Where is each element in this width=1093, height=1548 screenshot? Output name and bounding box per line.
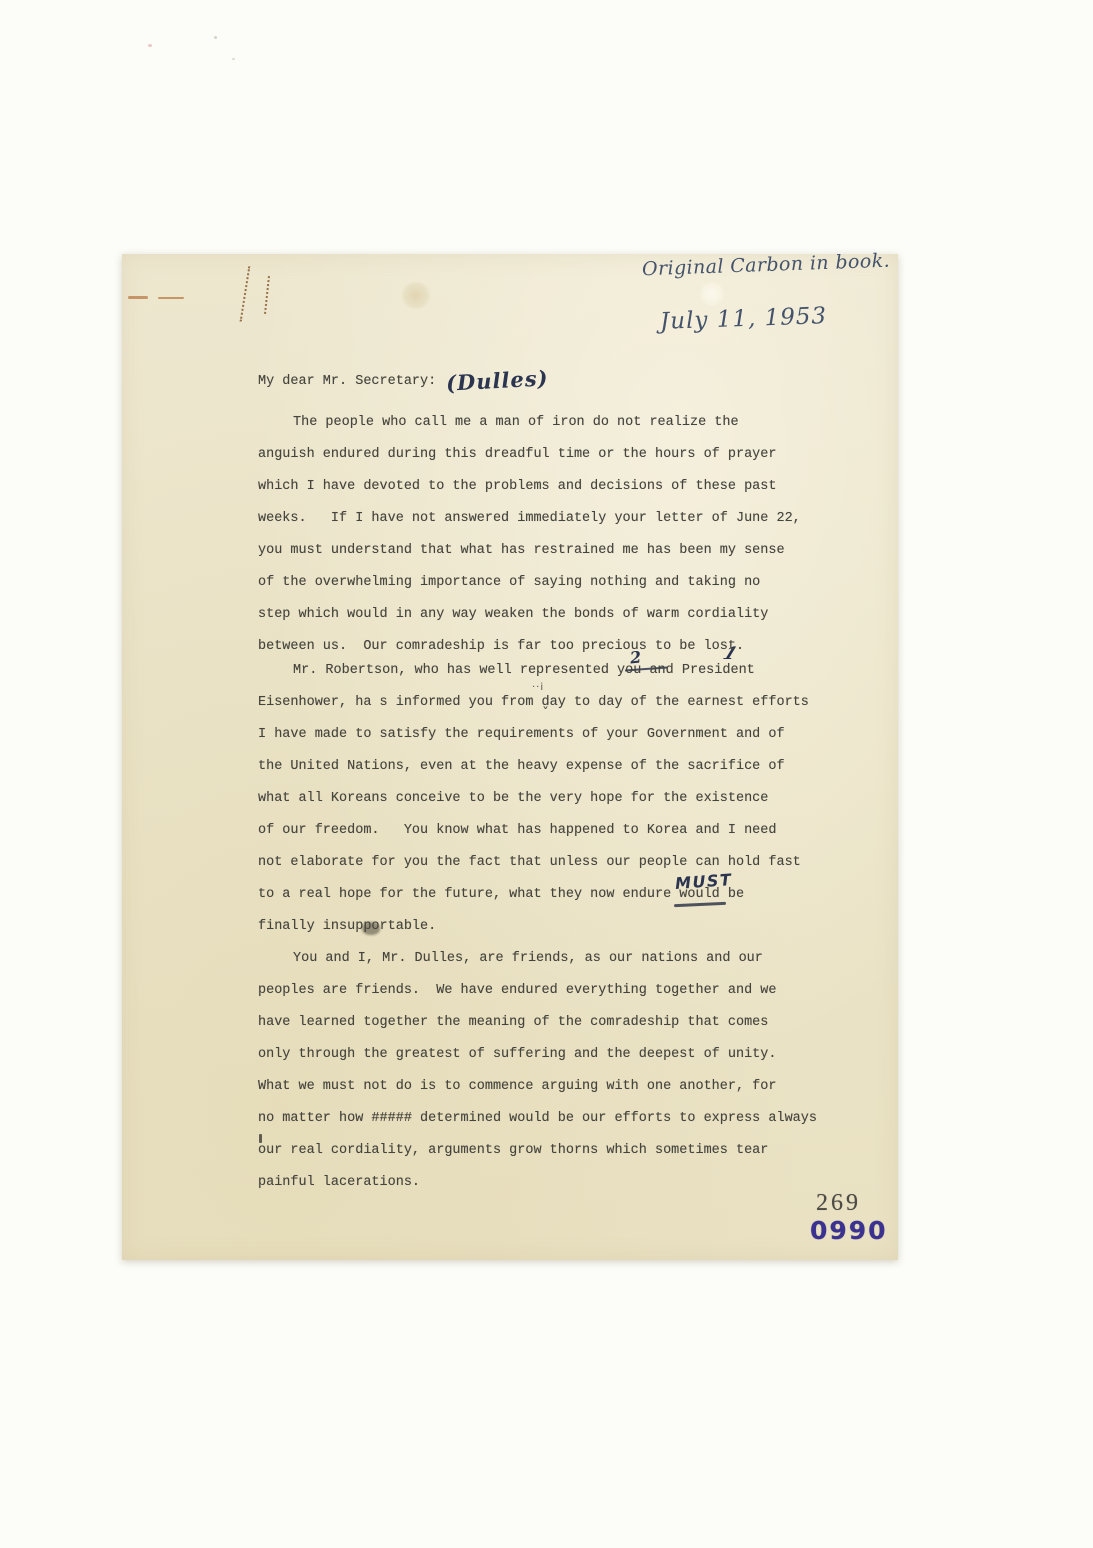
handwritten-archive-note: Original Carbon in book. <box>642 250 891 281</box>
typed-line: only through the greatest of suffering a… <box>258 1039 817 1071</box>
typed-line: I have made to satisfy the requirements … <box>258 719 809 751</box>
letter-page: Original Carbon in book. July 11, 1953 (… <box>122 254 898 1260</box>
scanner-speck <box>214 36 217 39</box>
typed-line: the United Nations, even at the heavy ex… <box>258 751 809 783</box>
typed-line: You and I, Mr. Dulles, are friends, as o… <box>258 943 817 975</box>
paragraph-2: Mr. Robertson, who has well represented … <box>258 655 809 943</box>
edge-stain-mark <box>128 296 148 299</box>
scanner-speck <box>232 58 235 60</box>
typed-line: of the overwhelming importance of saying… <box>258 567 801 599</box>
typed-line: not elaborate for you the fact that unle… <box>258 847 809 879</box>
rust-streak <box>264 276 270 314</box>
typed-line: The people who call me a man of iron do … <box>258 407 801 439</box>
typed-line: What we must not do is to commence argui… <box>258 1071 817 1103</box>
typed-line: you must understand that what has restra… <box>258 535 801 567</box>
typed-line: our real cordiality, arguments grow thor… <box>258 1135 817 1167</box>
typed-line: have learned together the meaning of the… <box>258 1007 817 1039</box>
salutation: My dear Mr. Secretary: <box>258 366 436 398</box>
paragraph-1: The people who call me a man of iron do … <box>258 407 801 663</box>
typed-line: anguish endured during this dreadful tim… <box>258 439 801 471</box>
scanner-speck <box>148 44 152 47</box>
typed-line: painful lacerations. <box>258 1167 817 1199</box>
handwritten-date: July 11, 1953 <box>660 303 828 335</box>
typed-line: to a real hope for the future, what they… <box>258 879 809 911</box>
round-stain <box>400 282 432 309</box>
edge-stain-mark <box>158 297 184 299</box>
typed-line: what all Koreans conceive to be the very… <box>258 783 809 815</box>
typed-line: weeks. If I have not answered immediatel… <box>258 503 801 535</box>
typed-line: finally insupportable. <box>258 911 809 943</box>
archive-stamp-number: 0990 <box>810 1216 888 1245</box>
typed-line: Eisenhower, ha s informed you from day t… <box>258 687 809 719</box>
archive-page-number: 269 <box>816 1190 861 1217</box>
typed-line: Mr. Robertson, who has well represented … <box>258 655 809 687</box>
rust-streak <box>240 266 251 322</box>
typed-line: no matter how ##### determined would be … <box>258 1103 817 1135</box>
typed-line: which I have devoted to the problems and… <box>258 471 801 503</box>
light-spot <box>700 282 724 306</box>
typed-line: peoples are friends. We have endured eve… <box>258 975 817 1007</box>
handwritten-dulles-note: (Dulles) <box>445 365 549 395</box>
paragraph-3: You and I, Mr. Dulles, are friends, as o… <box>258 943 817 1199</box>
typed-line: of our freedom. You know what has happen… <box>258 815 809 847</box>
typed-line: step which would in any way weaken the b… <box>258 599 801 631</box>
scanned-document-background: Original Carbon in book. July 11, 1953 (… <box>0 0 1093 1548</box>
